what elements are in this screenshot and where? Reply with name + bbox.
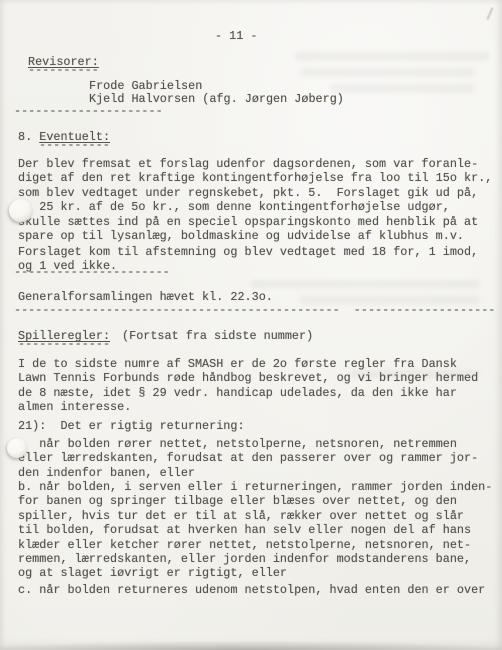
section-divider-eventuelt: ----------------------: [14, 265, 170, 279]
eventuelt-paragraph-1: Der blev fremsat et forslag udenfor dags…: [18, 157, 492, 243]
corner-scratch-mark: [486, 7, 493, 19]
bleed-through-smudge: [250, 280, 480, 288]
section-divider-closing: ----------------------------------------…: [14, 303, 495, 317]
revisorer-names: Frode Gabrielsen Kjeld Halvorsen (afg. J…: [89, 80, 344, 106]
rule-21-heading: 21): Det er rigtig returnering:: [18, 419, 245, 433]
paper-blob-2: [7, 438, 27, 458]
paper-blob-1: [9, 199, 32, 222]
spilleregler-subtitle: (Fortsat fra sidste nummer): [122, 329, 313, 343]
rule-21-item-c: c. når bolden returneres udenom netstolp…: [18, 583, 485, 597]
bleed-through-smudge: [300, 68, 475, 77]
rule-21-item-a: når bolden rører nettet, netstolperne, n…: [18, 437, 478, 480]
eventuelt-heading-underline: ----------: [39, 138, 110, 152]
spilleregler-heading-underline: -------------: [18, 337, 110, 351]
spilleregler-intro: I de to sidste numre af SMASH er de 2o f…: [18, 357, 478, 415]
bleed-through-smudge: [295, 52, 490, 61]
scanned-page: - 11 - Revisorer: ---------- Frode Gabri…: [0, 0, 502, 650]
bleed-through-smudge: [330, 84, 475, 93]
section-divider-revisorer: ---------------------: [14, 104, 163, 118]
revisorer-heading-underline: ----------: [28, 63, 99, 77]
rule-21-item-b: b. når bolden, i serven eller i returner…: [18, 480, 492, 581]
eventuelt-heading-number: 8.: [18, 130, 39, 144]
page-number: - 11 -: [215, 29, 257, 43]
